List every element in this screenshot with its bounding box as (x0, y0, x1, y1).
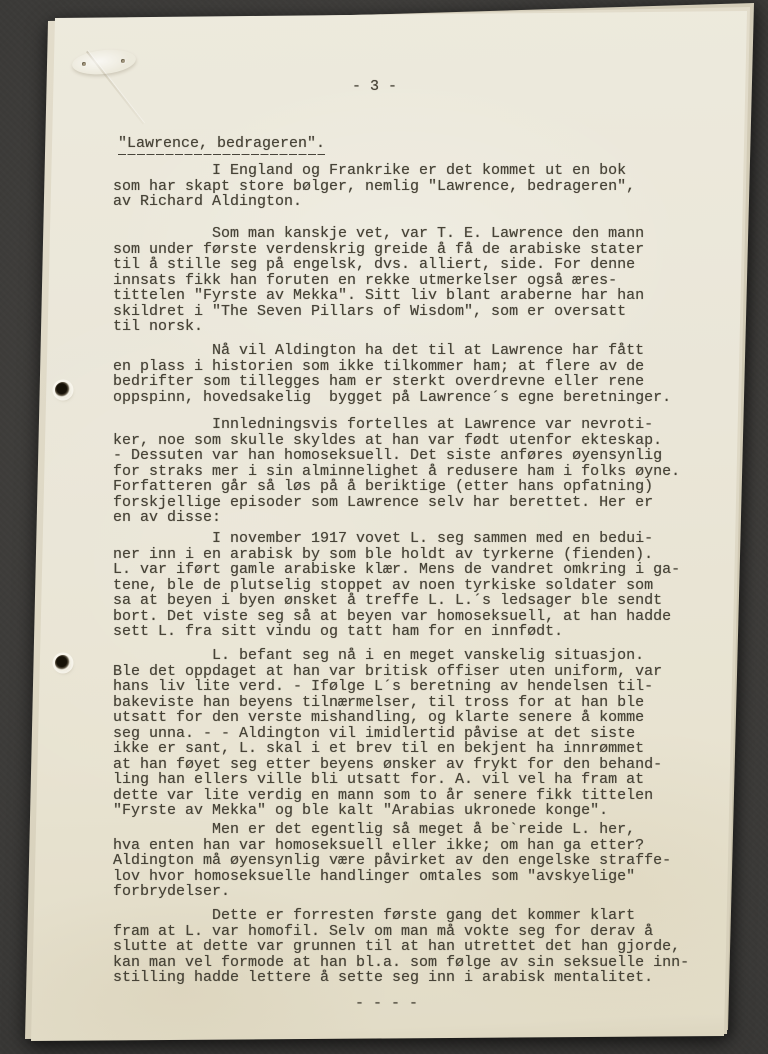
end-divider: - - - - (355, 996, 418, 1012)
paragraph-blame-question: Men er det egentlig så meget å be`reide … (113, 822, 671, 900)
article-title-text: "Lawrence, bedrageren". (118, 135, 325, 155)
typescript-text-layer: - 3 - "Lawrence, bedrageren". I England … (0, 0, 768, 1054)
paragraph-november-1917-episode: I november 1917 vovet L. seg sammen med … (113, 531, 680, 640)
page-number: - 3 - (352, 79, 397, 95)
article-title: "Lawrence, bedrageren". (118, 136, 325, 152)
paragraph-book-announcement: I England og Frankrike er det kommet ut … (113, 163, 635, 210)
paragraph-homofil-conclusion: Dette er forresten første gang det komme… (113, 908, 689, 986)
paragraph-difficult-situation: L. befant seg nå i en meget vanskelig si… (113, 648, 662, 819)
paragraph-aldington-claim: Nå vil Aldington ha det til at Lawrence … (113, 343, 671, 405)
paragraph-neurotic-accusation: Innledningsvis fortelles at Lawrence var… (113, 417, 680, 526)
paragraph-lawrence-background: Som man kanskje vet, var T. E. Lawrence … (113, 226, 644, 335)
